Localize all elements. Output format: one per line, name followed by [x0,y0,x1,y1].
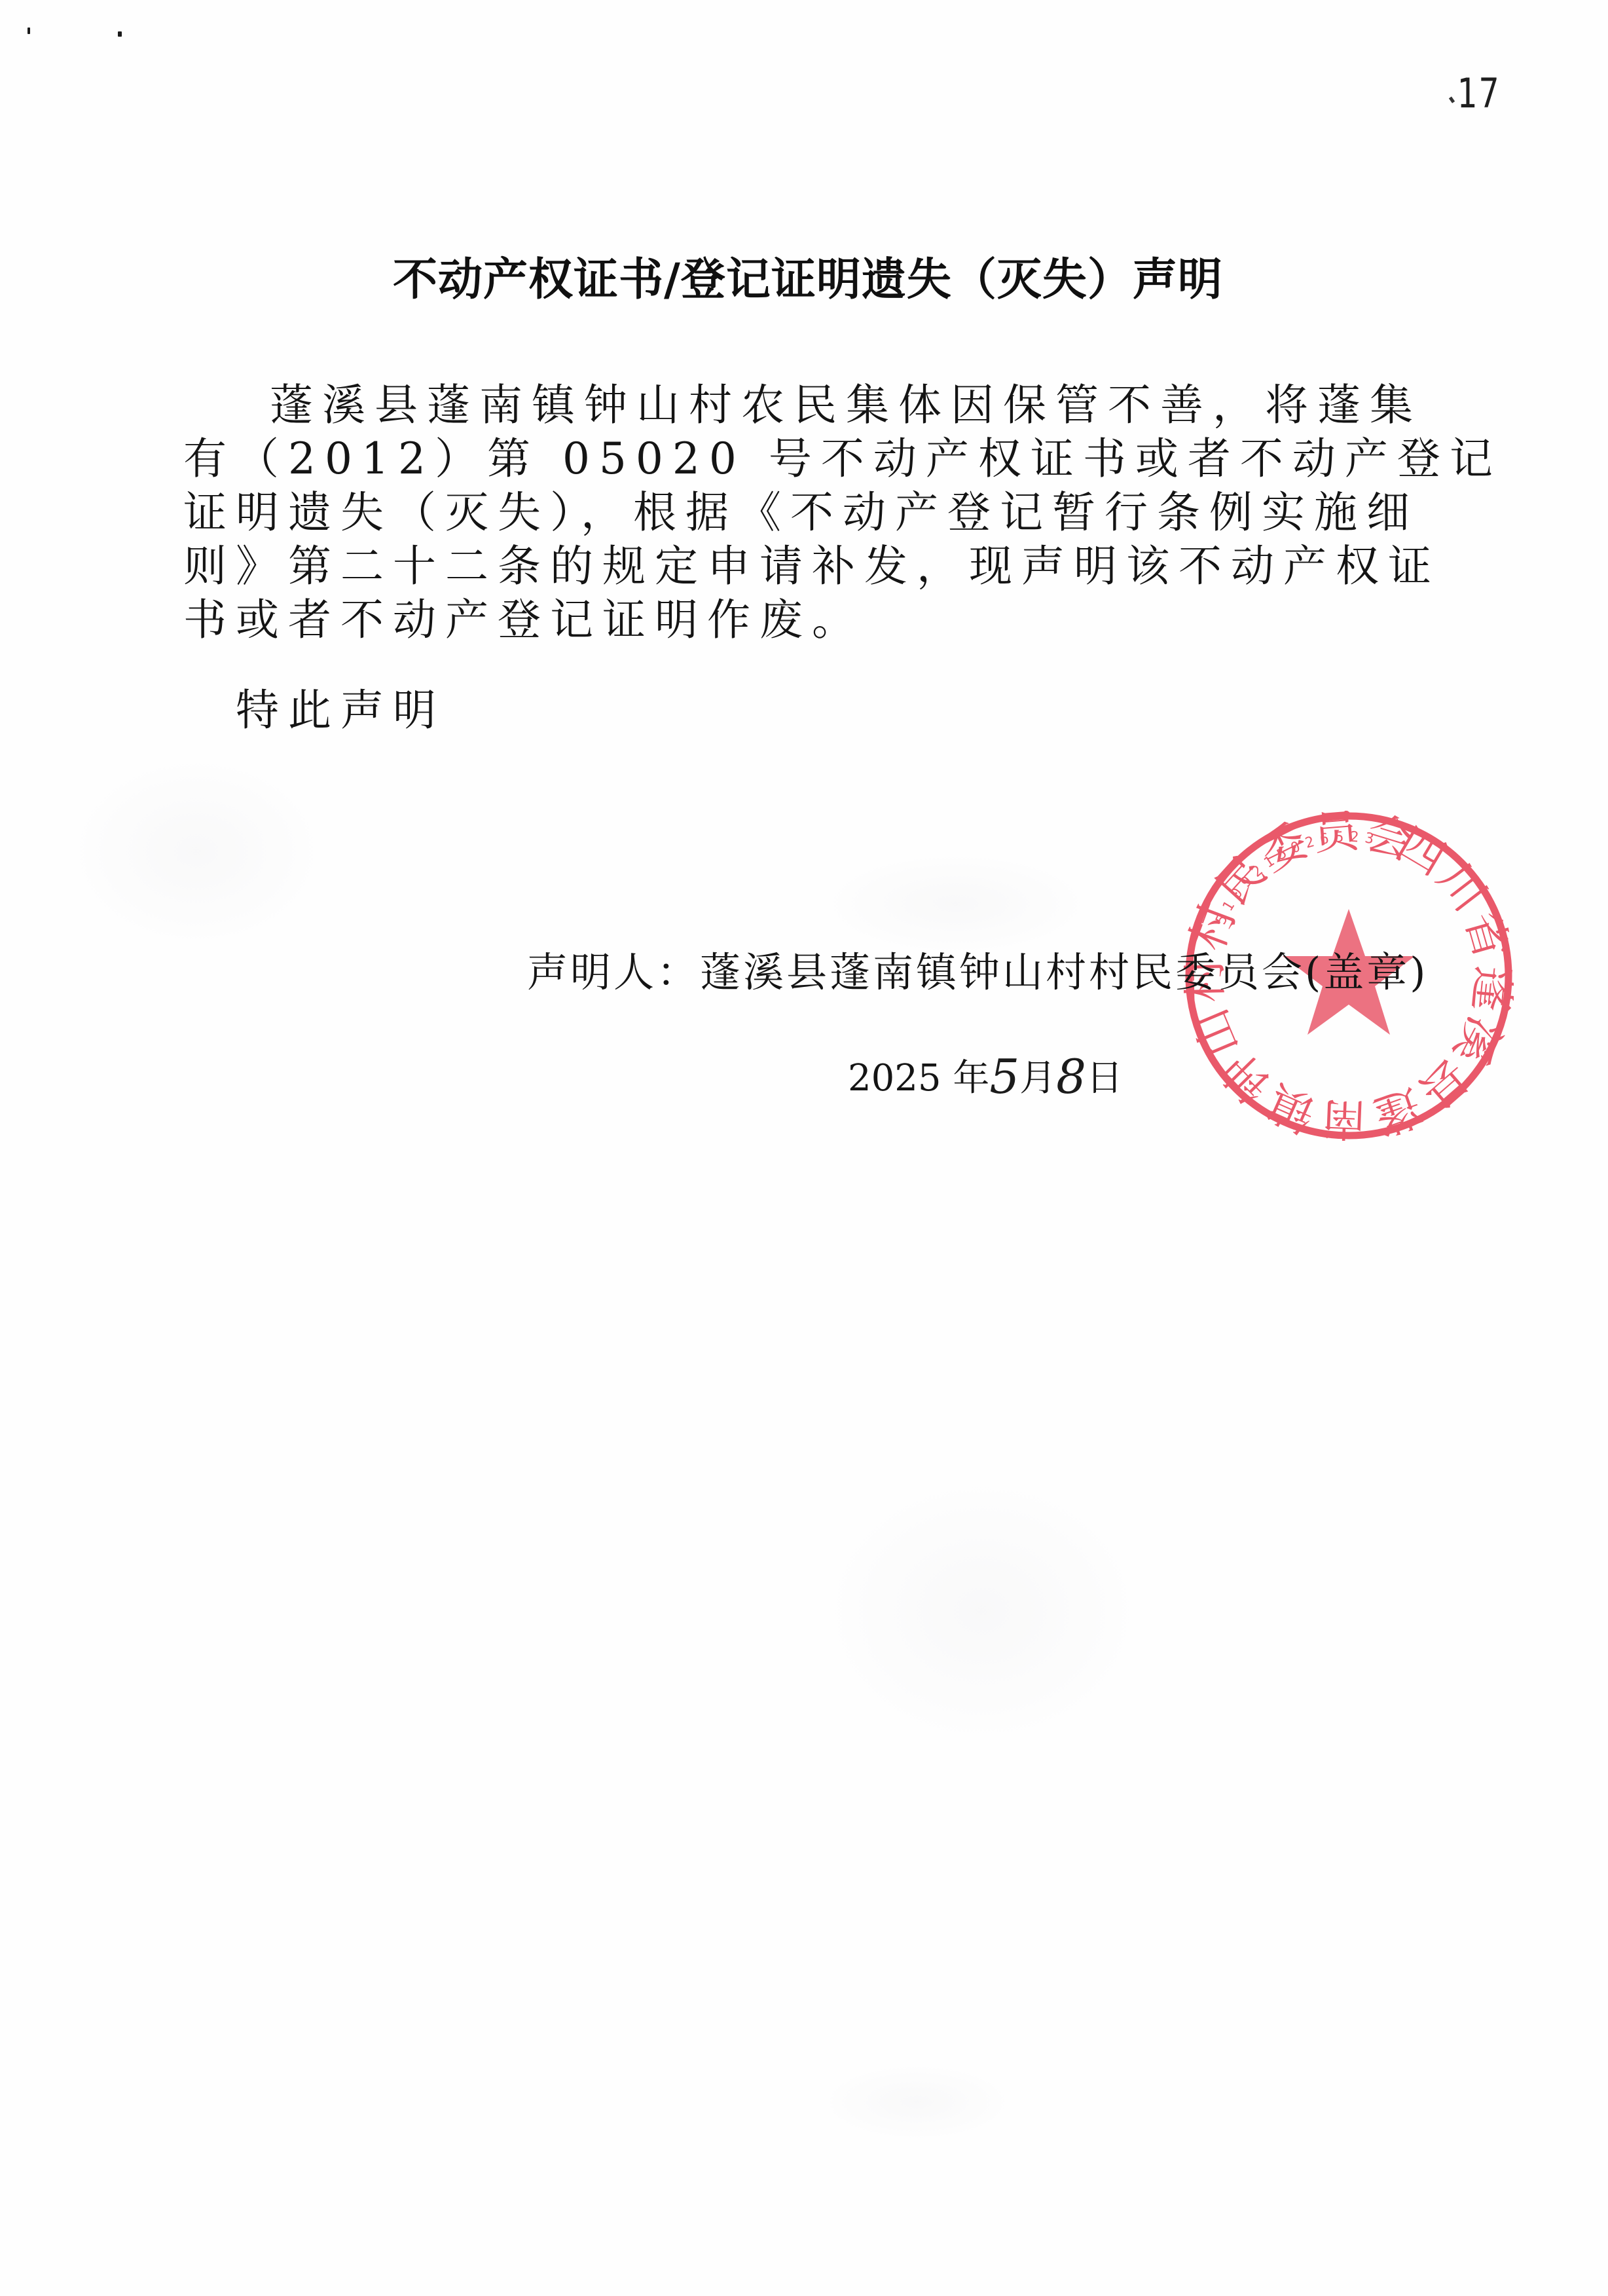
scan-speck [27,28,30,34]
document-page: 17 不动产权证书/登记证明遗失（灭失）声明 蓬溪县蓬南镇钟山村农民集体因保管不… [0,0,1608,2296]
date-month-handwritten: 5 [989,1054,1019,1100]
date-year-suffix: 年 [953,1057,989,1100]
body-line: 有（2012）第 05020 号不动产权证书或者不动产登记 [183,432,1434,486]
date-year: 2025 [848,1057,941,1100]
bleed-through [65,753,327,950]
page-number: 17 [1457,71,1501,117]
page-number-mark [1449,96,1455,103]
date-day-handwritten: 8 [1056,1054,1086,1100]
declaration-date: 2025 年5月8日 [848,1051,1123,1102]
date-day-suffix: 日 [1086,1057,1123,1100]
document-title: 不动产权证书/登记证明遗失（灭失）声明 [393,254,1296,306]
signer-name: 蓬溪县蓬南镇钟山村村民委员会 [700,948,1305,996]
body-line: 蓬溪县蓬南镇钟山村农民集体因保管不善，将蓬集 [183,379,1434,432]
signer-label: 声明人： [527,948,700,996]
bleed-through [818,2063,1015,2141]
scan-speck [118,31,122,37]
signer-line: 声明人：蓬溪县蓬南镇钟山村村民委员会(盖章) [527,946,1428,999]
seal-note: (盖章) [1305,948,1428,996]
bleed-through [818,851,1093,956]
bleed-through [818,1473,1146,1749]
body-line: 书或者不动产登记证明作废。 [183,593,1434,647]
body-line: 证明遗失（灭失），根据《不动产登记暂行条例实施细 [183,486,1434,540]
closing-statement: 特此声明 [236,684,445,737]
body-line: 则》第二十二条的规定申请补发，现声明该不动产权证 [183,540,1434,593]
date-month-suffix: 月 [1019,1057,1056,1100]
declaration-body: 蓬溪县蓬南镇钟山村农民集体因保管不善，将蓬集 有（2012）第 05020 号不… [183,379,1434,647]
